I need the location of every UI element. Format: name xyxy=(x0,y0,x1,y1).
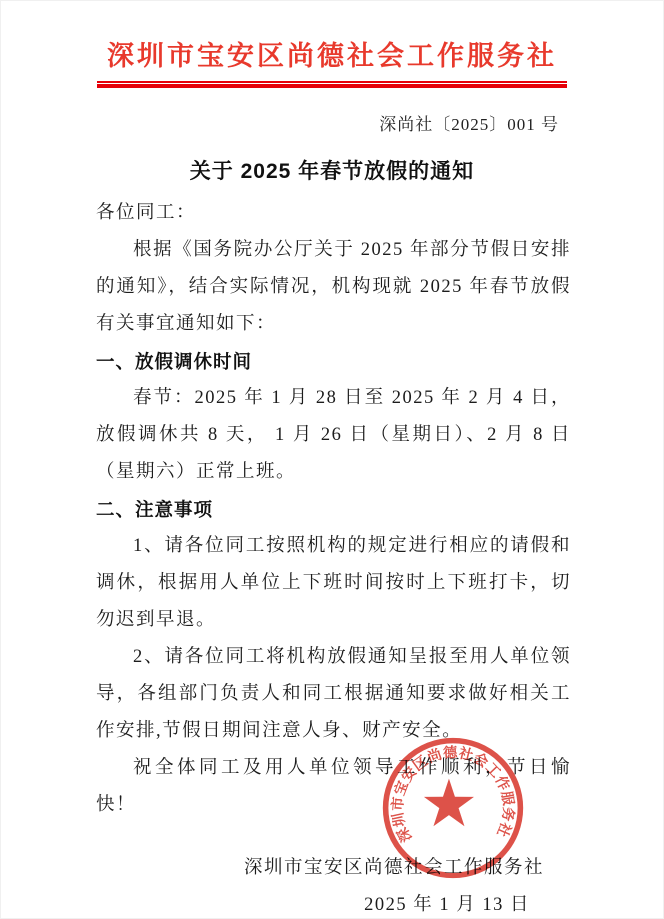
section-2-item-1: 1、请各位同工按照机构的规定进行相应的请假和调休，根据用人单位上下班时间按时上下… xyxy=(96,528,571,639)
salutation-line: 各位同工： xyxy=(96,195,571,232)
notice-title: 关于 2025 年春节放假的通知 xyxy=(1,155,663,185)
header-red-rule-divider xyxy=(97,81,567,88)
signature-organization: 深圳市宝安区尚德社会工作服务社 xyxy=(1,850,663,887)
section-2-item-2: 2、请各位同工将机构放假通知呈报至用人单位领导，各组部门负责人和同工根据通知要求… xyxy=(96,639,571,750)
notice-document-page: 深圳市宝安区尚德社会工作服务社 深尚社〔2025〕001 号 关于 2025 年… xyxy=(0,0,664,919)
intro-paragraph: 根据《国务院办公厅关于 2025 年部分节假日安排的通知》，结合实际情况，机构现… xyxy=(96,232,571,343)
section-1-paragraph: 春节：2025 年 1 月 28 日至 2025 年 2 月 4 日，放假调休共… xyxy=(96,380,571,491)
notice-body: 各位同工： 根据《国务院办公厅关于 2025 年部分节假日安排的通知》，结合实际… xyxy=(96,195,571,824)
signature-date: 2025 年 1 月 13 日 xyxy=(1,887,663,919)
section-1-heading: 一、放假调休时间 xyxy=(96,343,571,380)
organization-header-title: 深圳市宝安区尚德社会工作服务社 xyxy=(1,1,663,73)
signature-block: 深圳市宝安区尚德社会工作服务社 2025 年 1 月 13 日 xyxy=(1,850,663,919)
section-2-heading: 二、注意事项 xyxy=(96,491,571,528)
document-number: 深尚社〔2025〕001 号 xyxy=(1,110,663,135)
closing-wish-paragraph: 祝全体同工及用人单位领导工作顺利，节日愉快！ xyxy=(96,750,571,824)
